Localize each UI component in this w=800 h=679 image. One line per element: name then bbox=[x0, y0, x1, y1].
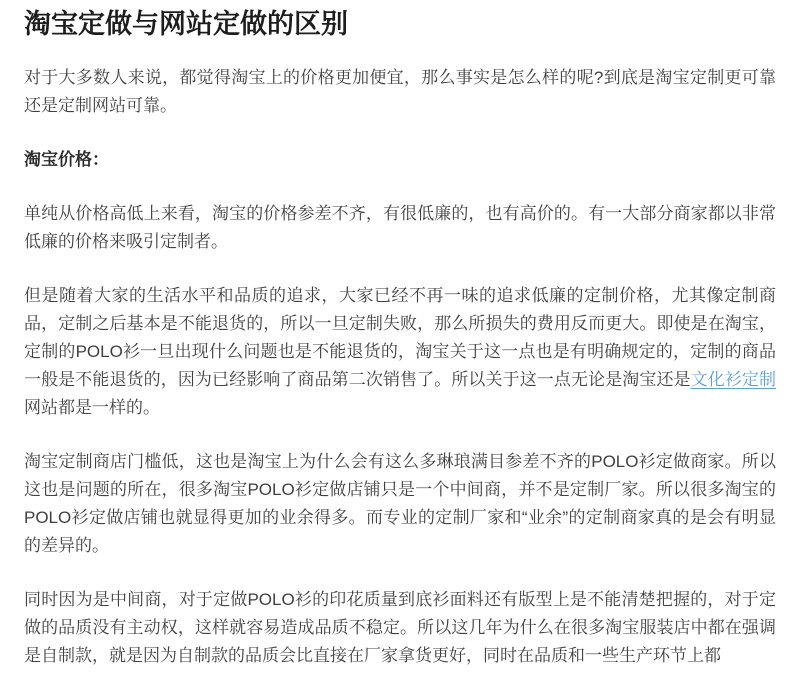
returns-text-before-link: 但是随着大家的生活水平和品质的追求，大家已经不再一味的追求低廉的定制价格，尤其像… bbox=[24, 286, 776, 389]
paragraph-returns-policy: 但是随着大家的生活水平和品质的追求，大家已经不再一味的追求低廉的定制价格，尤其像… bbox=[24, 282, 776, 422]
paragraph-price-range: 单纯从价格高低上来看，淘宝的价格参差不齐，有很低廉的，也有高价的。有一大部分商家… bbox=[24, 200, 776, 256]
paragraph-middleman: 淘宝定制商店门槛低，这也是淘宝上为什么会有这么多琳琅满目参差不齐的POLO衫定做… bbox=[24, 448, 776, 560]
paragraph-quality-control: 同时因为是中间商，对于定做POLO衫的印花质量到底衫面料还有版型上是不能清楚把握… bbox=[24, 586, 776, 670]
page-title: 淘宝定做与网站定做的区别 bbox=[24, 6, 776, 42]
section-heading-taobao-price: 淘宝价格： bbox=[24, 146, 776, 174]
intro-paragraph: 对于大多数人来说，都觉得淘宝上的价格更加便宜，那么事实是怎么样的呢?到底是淘宝定… bbox=[24, 64, 776, 120]
article: 淘宝定做与网站定做的区别 对于大多数人来说，都觉得淘宝上的价格更加便宜，那么事实… bbox=[0, 0, 800, 670]
link-culture-shirt-customization[interactable]: 文化衫定制 bbox=[691, 370, 776, 389]
returns-text-after-link: 网站都是一样的。 bbox=[24, 398, 160, 417]
